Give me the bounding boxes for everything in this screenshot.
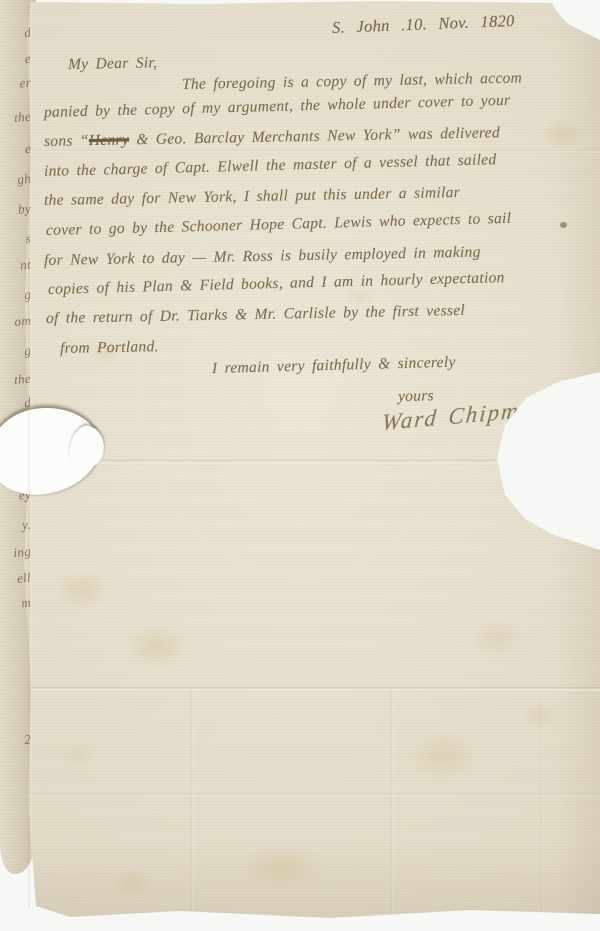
handwriting-line: copies of his Plan & Field books, and I … [48, 269, 505, 299]
stain [125, 625, 189, 669]
line3-suffix: & Geo. Barclay Merchants New York” was d… [129, 124, 500, 148]
salutation: My Dear Sir, [68, 54, 158, 74]
stain [470, 618, 524, 658]
handwriting-line: the same day for New York, I shall put t… [44, 184, 460, 210]
stain [520, 700, 560, 730]
stain [240, 845, 324, 889]
stain [405, 730, 479, 782]
handwriting-line: for New York to day — Mr. Ross is busily… [44, 244, 481, 270]
stain [60, 740, 96, 766]
handwriting-line: panied by the copy of my argument, the w… [44, 92, 511, 122]
fold-crease [0, 792, 600, 798]
fold-crease [190, 690, 195, 915]
scanned-letter: d e er the e gh by s nt g om g the d ey … [0, 0, 600, 931]
ink-speck [560, 222, 567, 228]
handwriting-line: from Portland. [60, 338, 159, 358]
dateline: S. John .10. Nov. 1820 [332, 11, 515, 38]
fold-crease [0, 686, 600, 692]
fold-crease [390, 690, 395, 915]
line3-prefix: sons “ [44, 132, 89, 150]
handwriting-line: sons “Henry & Geo. Barclay Merchants New… [44, 124, 500, 151]
handwriting-line: The foregoing is a copy of my last, whic… [182, 69, 522, 94]
stain [540, 118, 586, 150]
closing-line: I remain very faithfully & sincerely [212, 354, 456, 378]
handwriting-line: cover to go by the Schooner Hope Capt. L… [46, 210, 512, 240]
struck-word: Henry [89, 131, 130, 149]
closing-yours: yours [398, 387, 434, 406]
fold-crease [28, 0, 34, 908]
handwriting-line: of the return of Dr. Tiarks & Mr. Carlis… [46, 302, 465, 328]
stain [55, 570, 109, 610]
handwriting-line: into the charge of Capt. Elwell the mast… [44, 151, 497, 181]
stain [110, 868, 154, 898]
